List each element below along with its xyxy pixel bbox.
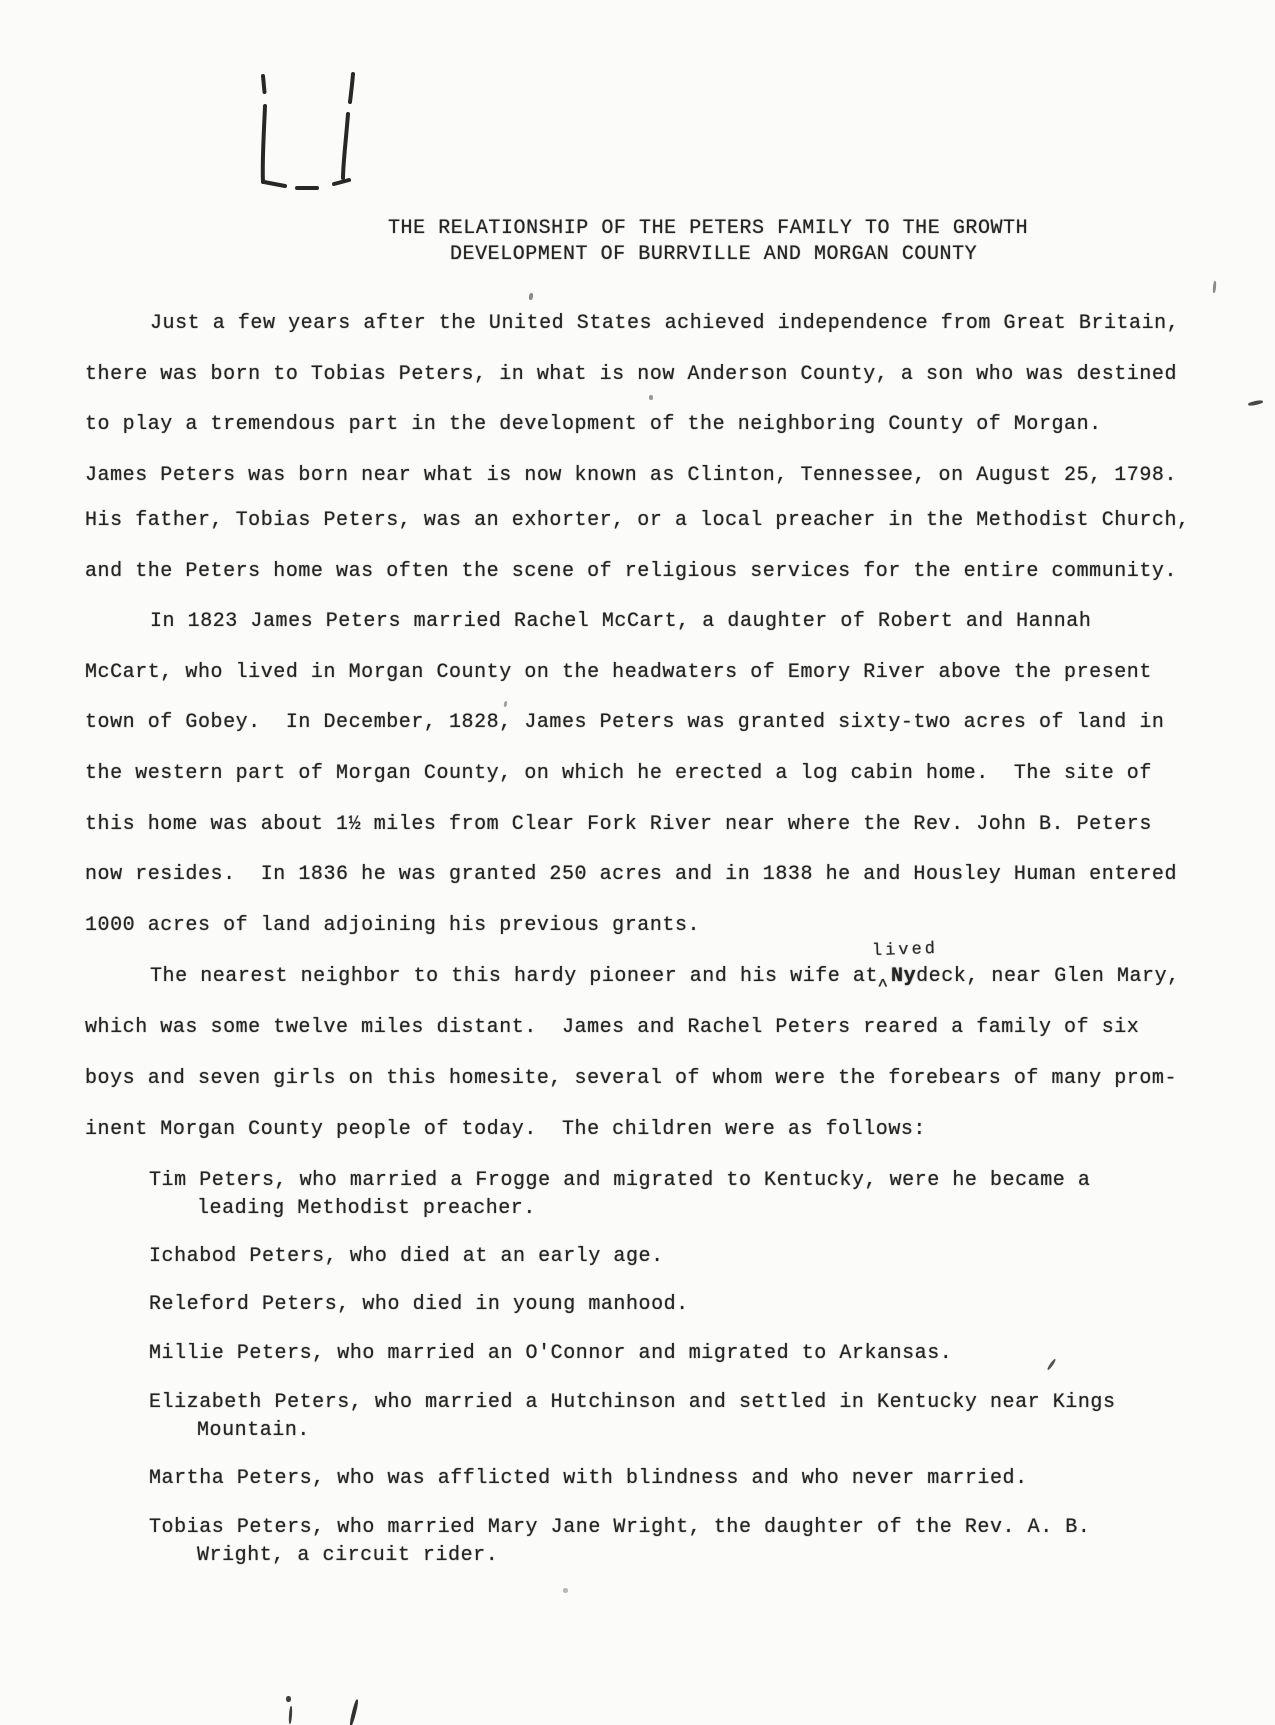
- speck-mark: [649, 395, 653, 400]
- text-line: Millie Peters, who married an O'Connor a…: [149, 1342, 952, 1366]
- text-line: there was born to Tobias Peters, in what…: [85, 363, 1177, 387]
- text-line: Releford Peters, who died in young manho…: [149, 1293, 689, 1317]
- handwritten-bracket-mark: [255, 70, 365, 195]
- text-line: James Peters was born near what is now k…: [85, 464, 1177, 488]
- document-title-line1: THE RELATIONSHIP OF THE PETERS FAMILY TO…: [388, 217, 1028, 241]
- document-page: THE RELATIONSHIP OF THE PETERS FAMILY TO…: [0, 0, 1275, 1725]
- text-line: McCart, who lived in Morgan County on th…: [85, 661, 1152, 685]
- tick-mark: [1212, 281, 1216, 293]
- insertion-caret-mark: ʌ: [878, 973, 891, 993]
- speck-mark: [563, 1588, 568, 1593]
- text-line: Mountain.: [197, 1419, 310, 1443]
- dot-mark: [286, 1696, 291, 1702]
- text-line: His father, Tobias Peters, was an exhort…: [85, 509, 1190, 533]
- dash-mark: [1248, 399, 1263, 406]
- document-title-line2: DEVELOPMENT OF BURRVILLE AND MORGAN COUN…: [450, 243, 977, 267]
- text-line: Elizabeth Peters, who married a Hutchins…: [149, 1391, 1116, 1415]
- text-line: Tim Peters, who married a Frogge and mig…: [149, 1169, 1090, 1193]
- text-line: now resides. In 1836 he was granted 250 …: [85, 863, 1177, 887]
- text-line: and the Peters home was often the scene …: [85, 560, 1177, 584]
- text-line: inent Morgan County people of today. The…: [85, 1118, 926, 1142]
- text-line: Martha Peters, who was afflicted with bl…: [149, 1467, 1028, 1491]
- text-line: Wright, a circuit rider.: [197, 1544, 498, 1568]
- text-line: Just a few years after the United States…: [150, 312, 1179, 336]
- text-line: town of Gobey. In December, 1828, James …: [85, 711, 1164, 735]
- inserted-word-annotation: lived: [872, 940, 939, 961]
- text-line: 1000 acres of land adjoining his previou…: [85, 914, 700, 938]
- text-line: which was some twelve miles distant. Jam…: [85, 1016, 1139, 1040]
- speck-mark: [528, 293, 533, 301]
- text-line: Tobias Peters, who married Mary Jane Wri…: [149, 1516, 1090, 1540]
- text-line: to play a tremendous part in the develop…: [85, 413, 1102, 437]
- stroke-mark: [349, 1699, 359, 1725]
- text-line: The nearest neighbor to this hardy pione…: [150, 965, 1180, 989]
- text-line: leading Methodist preacher.: [197, 1197, 536, 1221]
- text-line: In 1823 James Peters married Rachel McCa…: [150, 610, 1091, 634]
- speck-mark: [503, 701, 507, 707]
- text-line: the western part of Morgan County, on wh…: [85, 762, 1152, 786]
- text-line: this home was about 1½ miles from Clear …: [85, 813, 1152, 837]
- stroke-mark: [288, 1706, 292, 1724]
- text-line: Ichabod Peters, who died at an early age…: [149, 1245, 664, 1269]
- grave-mark: [1047, 1358, 1057, 1370]
- text-line: boys and seven girls on this homesite, s…: [85, 1067, 1177, 1091]
